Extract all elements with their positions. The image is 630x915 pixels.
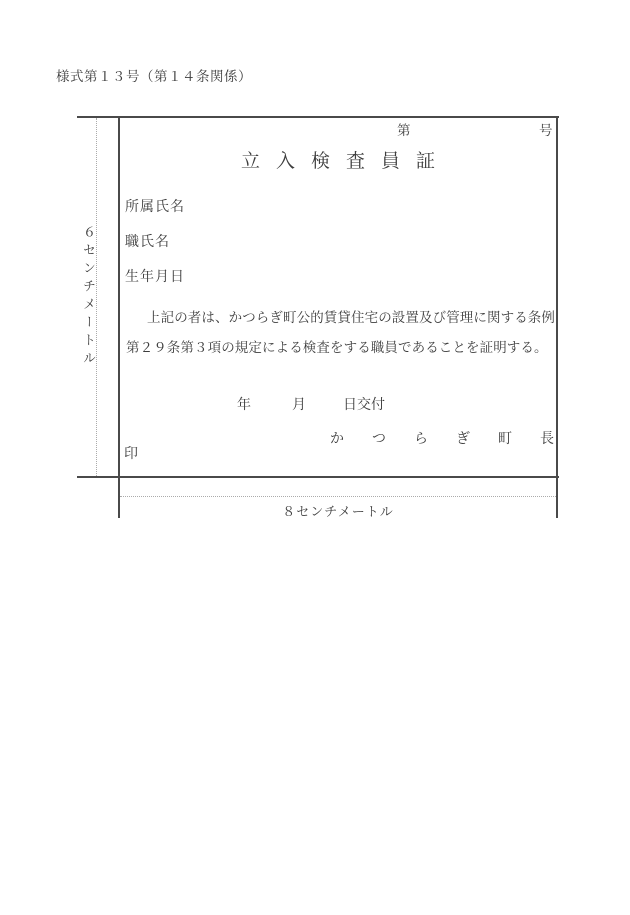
issue-date-year-label: 年 (237, 394, 251, 414)
issue-date-month-label: 月 (292, 394, 306, 414)
issuer-mayor-label: かつらぎ町長 (330, 428, 582, 448)
certificate-number-prefix: 第 (397, 119, 411, 139)
width-dimension-label: ８センチメートル (118, 501, 558, 520)
height-dimension-label: ６センチメートル (70, 117, 98, 477)
issue-date-day-label: 日交付 (343, 394, 385, 414)
form-number-label: 様式第１３号（第１４条関係） (56, 65, 252, 85)
field-label-affiliation-name: 所属氏名 (125, 196, 185, 216)
seal-placeholder-label: 印 (124, 443, 138, 463)
body-text-line-2: 第２９条第３項の規定による検査をする職員であることを証明する。 (126, 333, 560, 363)
field-label-date-of-birth: 生年月日 (125, 266, 185, 286)
body-text-line-1: 上記の者は、かつらぎ町公的賃貸住宅の設置及び管理に関する条例 (126, 303, 560, 333)
card-left-border (118, 116, 120, 518)
card-top-border (77, 116, 559, 118)
card-bottom-border (77, 476, 559, 478)
certification-body-text: 上記の者は、かつらぎ町公的賃貸住宅の設置及び管理に関する条例 第２９条第３項の規… (126, 303, 560, 363)
certificate-number-suffix: 号 (539, 119, 553, 139)
card-title: 立入検査員証 (119, 146, 557, 173)
width-dimension-dotted-line (120, 496, 556, 497)
field-label-position-name: 職氏名 (125, 231, 170, 251)
